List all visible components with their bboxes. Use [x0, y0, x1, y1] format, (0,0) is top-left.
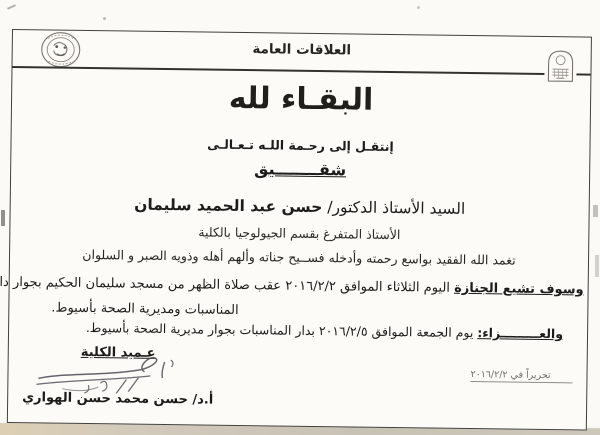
scan-edge-mark — [1, 210, 5, 226]
professor-name: حسن عبد الحميد سليمان — [134, 196, 322, 216]
scan-speck — [103, 17, 106, 20]
passing-statement: إنتقـل إلى رحـمة اللـه تـعـالـى — [11, 134, 589, 157]
related-person-line: السيد الأستاذ الدكتور/ حسن عبد الحميد سل… — [11, 194, 589, 220]
prayer-line: تغمد الله الفقيد بواسع رحمته وأدخله فســ… — [10, 246, 588, 269]
professor-role: الأستاذ المتفرغ بقسم الجيولوجيا بالكلية — [10, 222, 588, 245]
department-title: العلاقات العامة — [13, 38, 591, 62]
document-border-frame: العلاقات العامة البقـا — [7, 29, 592, 431]
condolence-label: والعـــــــــزاء: — [477, 325, 563, 341]
scan-speck — [417, 6, 420, 9]
scanned-obituary-memo: العلاقات العامة البقـا — [0, 0, 600, 435]
condolence-details: يوم الجمعة الموافق ٢٠١٦/٢/٥ بدار المناسب… — [86, 320, 478, 340]
relation-word: شقــــــــيق — [11, 156, 589, 183]
scan-edge-smudge — [593, 205, 598, 217]
faculty-emblem-icon — [544, 49, 576, 87]
funeral-label: وسوف تشيع الجنازة — [454, 281, 584, 298]
condolence-line: والعـــــــــزاء: يوم الجمعة الموافق ٢٠١… — [0, 319, 587, 342]
funeral-details: اليوم الثلاثاء الموافق ٢٠١٦/٢/٢ عقب صلاة… — [0, 275, 454, 296]
document-title: البقـاء لله — [12, 78, 590, 121]
dean-name: أ.د/ حسن محمد حسن الهواري — [22, 390, 213, 407]
funeral-announcement-line: وسوف تشيع الجنازة اليوم الثلاثاء الموافق… — [6, 275, 588, 298]
issue-date: تحريراً في ٢٠١٦/٢/٢ — [470, 369, 572, 383]
header-divider — [12, 66, 590, 76]
honorific-prefix: السيد الأستاذ الدكتور/ — [322, 198, 465, 218]
scan-edge-smudge — [595, 255, 599, 277]
